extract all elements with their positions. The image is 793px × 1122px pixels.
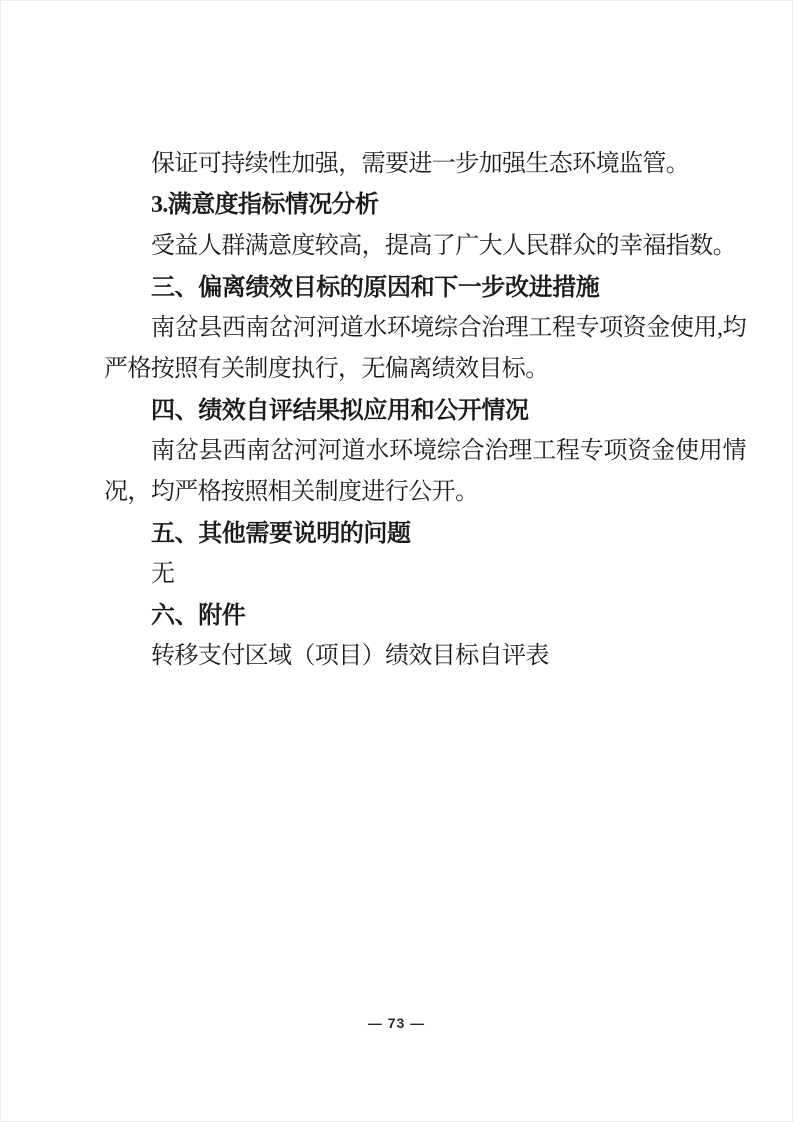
document-page: 保证可持续性加强，需要进一步加强生态环境监管。 3.满意度指标情况分析 受益人群…	[0, 0, 793, 1122]
heading-section-3-deviation: 三、偏离绩效目标的原因和下一步改进措施	[104, 267, 746, 308]
paragraph-none: 无	[104, 554, 746, 595]
paragraph-disclosure-line-2: 况，均严格按照相关制度进行公开。	[104, 472, 746, 513]
paragraph-beneficiary-satisfaction: 受益人群满意度较高，提高了广大人民群众的幸福指数。	[104, 226, 746, 267]
page-number: — 73 —	[1, 1014, 792, 1032]
paragraph-deviation-line-1: 南岔县西南岔河河道水环境综合治理工程专项资金使用,均	[104, 308, 746, 349]
heading-section-6-attachment: 六、附件	[104, 595, 746, 636]
heading-section-4-application-disclosure: 四、绩效自评结果拟应用和公开情况	[104, 390, 746, 431]
heading-satisfaction-indicator-analysis: 3.满意度指标情况分析	[104, 185, 746, 226]
paragraph-disclosure-line-1: 南岔县西南岔河河道水环境综合治理工程专项资金使用情	[104, 431, 746, 472]
paragraph-attachment-title: 转移支付区域（项目）绩效目标自评表	[104, 636, 746, 677]
document-content: 保证可持续性加强，需要进一步加强生态环境监管。 3.满意度指标情况分析 受益人群…	[104, 144, 746, 677]
heading-section-5-other-issues: 五、其他需要说明的问题	[104, 513, 746, 554]
paragraph-deviation-line-2: 严格按照有关制度执行，无偏离绩效目标。	[104, 349, 746, 390]
paragraph-sustainability: 保证可持续性加强，需要进一步加强生态环境监管。	[104, 144, 746, 185]
